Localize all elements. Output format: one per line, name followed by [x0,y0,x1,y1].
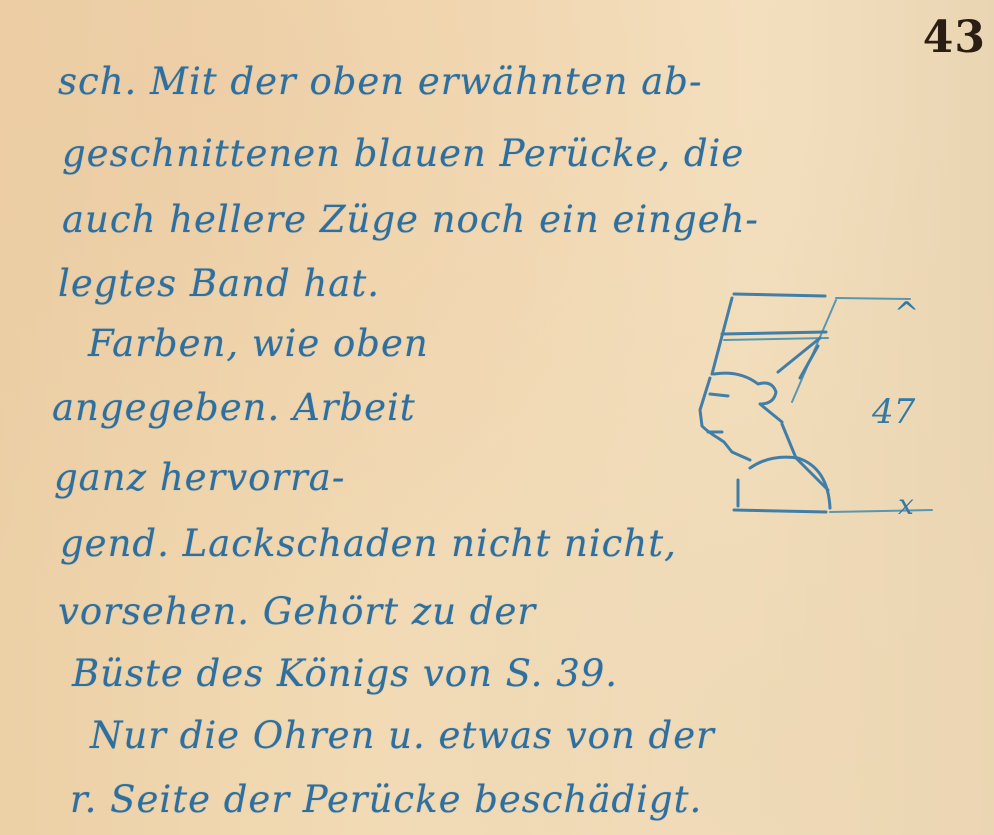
handwritten-line-10: Büste des Königs von S. 39. [72,652,618,695]
handwritten-line-7: ganz hervorra- [54,456,345,499]
handwritten-line-12: r. Seite der Perücke beschädigt. [70,778,702,821]
sketch-bottom-mark: x [898,488,914,521]
sketch-top-mark: ^ [894,296,919,331]
handwritten-line-5: Farben, wie oben [88,322,429,365]
handwritten-line-1: sch. Mit der oben erwähnten ab- [58,60,702,103]
handwritten-line-8: gend. Lackschaden nicht nicht, [60,522,677,565]
notebook-page: 43 sch. Mit der oben erwähnten ab- gesch… [0,0,994,835]
handwritten-line-4: legtes Band hat. [58,262,380,305]
handwritten-line-2: geschnittenen blauen Perücke, die [62,132,744,175]
profile-bust-drawing [660,282,980,532]
handwritten-line-3: auch hellere Züge noch ein eingeh- [62,198,759,241]
handwritten-line-11: Nur die Ohren u. etwas von der [90,714,715,757]
handwritten-line-6: angegeben. Arbeit [52,386,416,429]
page-number: 43 [923,12,986,63]
bust-sketch [660,282,980,532]
sketch-measurement: 47 [872,392,915,432]
handwritten-line-9: vorsehen. Gehört zu der [58,590,536,633]
